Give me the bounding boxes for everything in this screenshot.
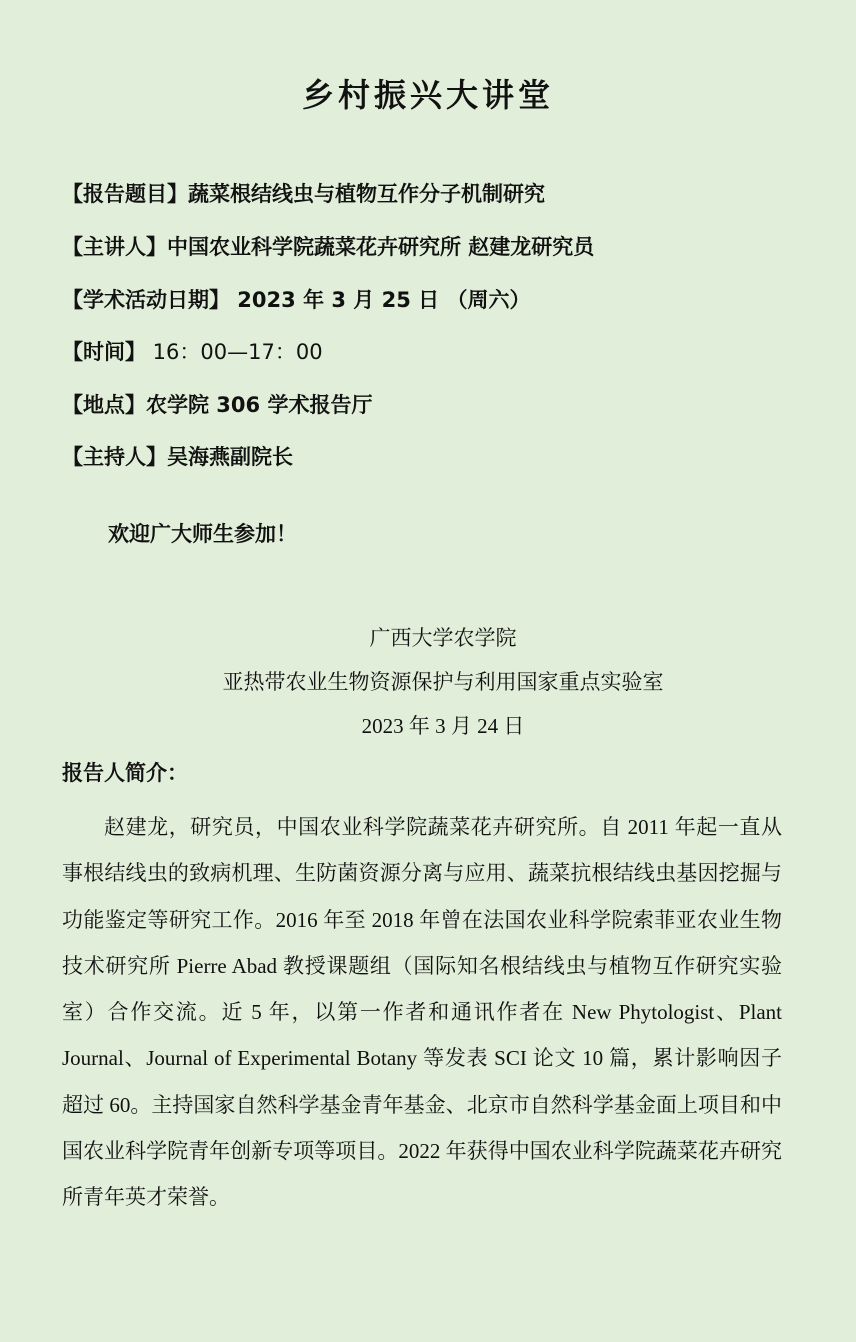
info-topic: 【报告题目】蔬菜根结线虫与植物互作分子机制研究: [62, 178, 545, 208]
info-time: 【时间】 16：00—17：00: [62, 336, 323, 366]
page-title: 乡村振兴大讲堂: [0, 70, 856, 116]
bio-heading: 报告人简介：: [62, 757, 188, 787]
info-value: 吴海燕副院长: [167, 445, 293, 469]
bio-paragraph: 赵建龙，研究员，中国农业科学院蔬菜花卉研究所。自 2011 年起一直从事根结线虫…: [62, 804, 782, 1221]
info-date: 【学术活动日期】 2023 年 3 月 25 日 （周六）: [62, 284, 530, 314]
info-value: 蔬菜根结线虫与植物互作分子机制研究: [188, 182, 545, 206]
organizer-lab: 亚热带农业生物资源保护与利用国家重点实验室: [0, 666, 856, 696]
info-speaker: 【主讲人】中国农业科学院蔬菜花卉研究所 赵建龙研究员: [62, 231, 594, 261]
info-host: 【主持人】吴海燕副院长: [62, 441, 293, 471]
info-label: 【学术活动日期】: [62, 288, 230, 312]
info-value: 农学院 306 学术报告厅: [146, 393, 372, 417]
info-label: 【时间】: [62, 340, 146, 364]
organizer-date: 2023 年 3 月 24 日: [0, 710, 856, 740]
info-label: 【报告题目】: [62, 182, 188, 206]
info-value: 16：00—17：00: [146, 340, 323, 364]
info-location: 【地点】农学院 306 学术报告厅: [62, 389, 372, 419]
info-label: 【主讲人】: [62, 235, 167, 259]
organizer-college: 广西大学农学院: [0, 622, 856, 652]
info-label: 【地点】: [62, 393, 146, 417]
info-value: 2023 年 3 月 25 日 （周六）: [230, 288, 530, 312]
info-label: 【主持人】: [62, 445, 167, 469]
info-value: 中国农业科学院蔬菜花卉研究所 赵建龙研究员: [167, 235, 594, 259]
welcome-text: 欢迎广大师生参加！: [108, 518, 297, 548]
